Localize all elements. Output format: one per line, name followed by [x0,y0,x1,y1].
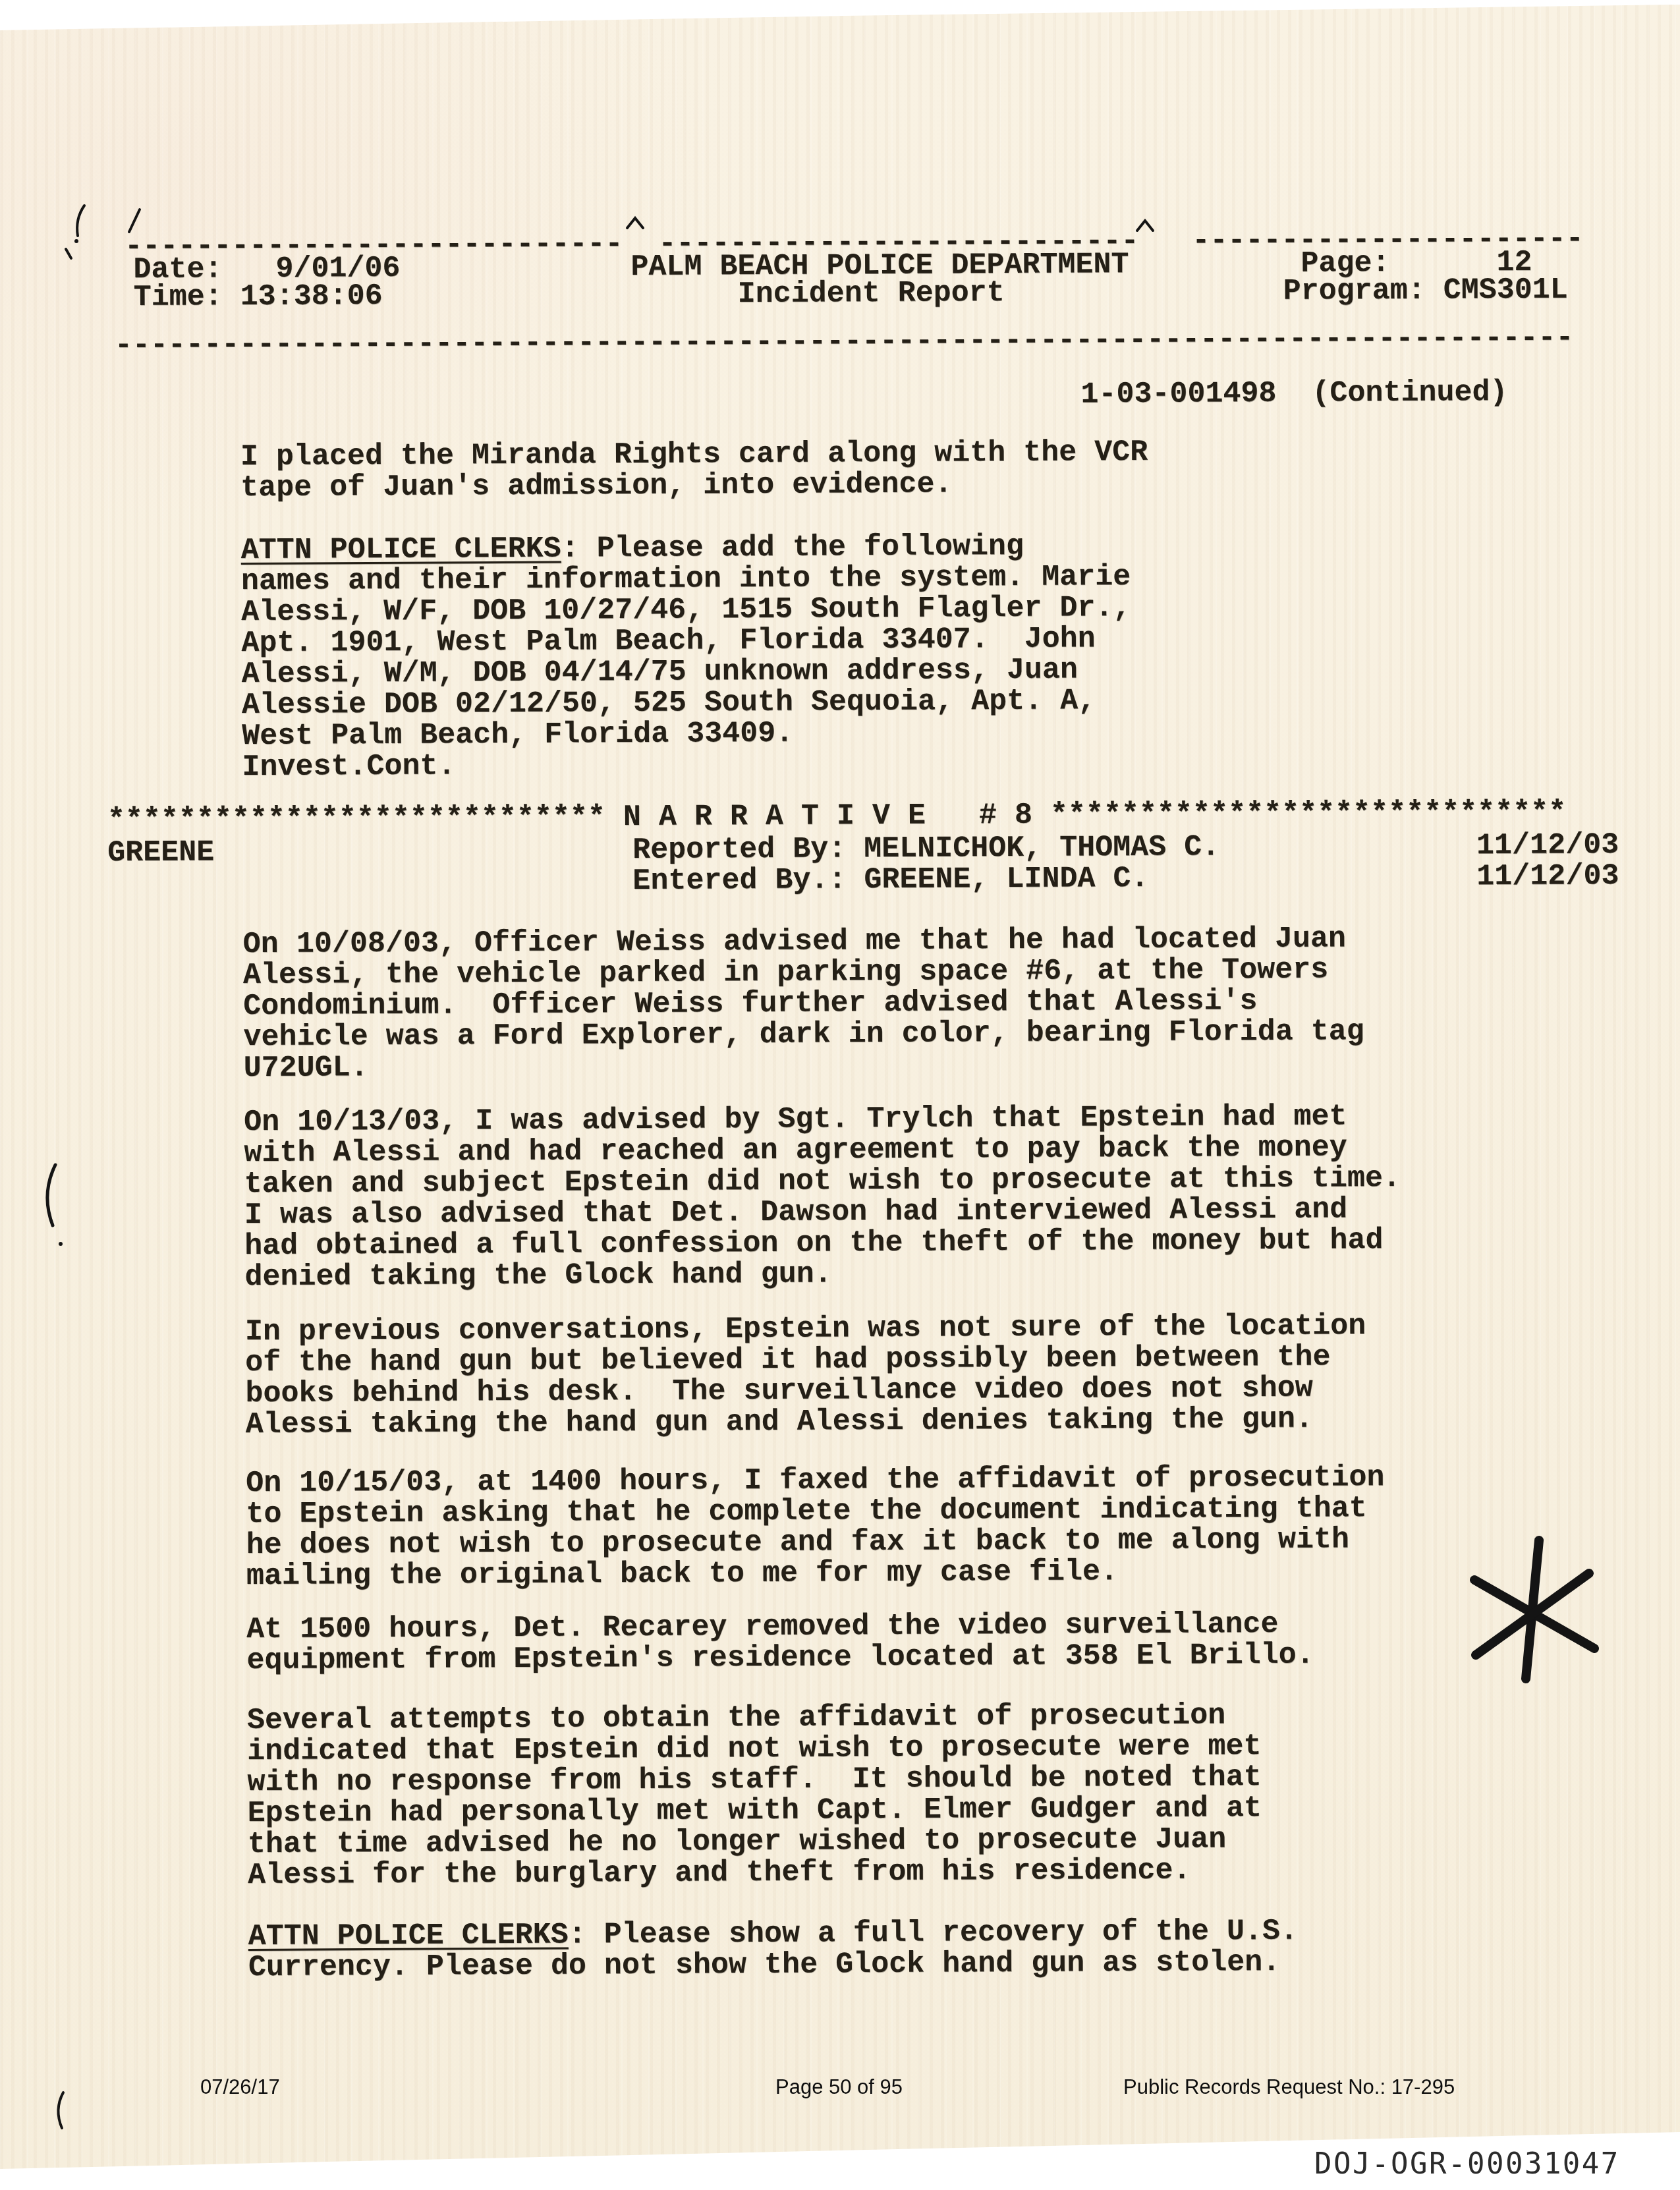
header-page-program: Page: 12 Program: CMS301L [1283,249,1568,306]
footer-page-info: Page 50 of 95 [775,2075,903,2099]
paragraph-vehicle-located: On 10/08/03, Officer Weiss advised me th… [243,923,1364,1084]
entered-by-line: Entered By.: GREENE, LINDA C. [632,863,1148,897]
paragraph-equipment-removed: At 1500 hours, Det. Recarey removed the … [246,1609,1314,1676]
reported-by-line: Reported By: MELNICHOK, THOMAS C. [632,831,1219,866]
narrative-stars-header: **************************** N A R R A T… [107,797,1567,836]
attn-clerks-label-2: ATTN POLICE CLERKS [248,1919,569,1954]
attn-clerks-label: ATTN POLICE CLERKS [241,532,561,568]
paragraph-no-response: Several attempts to obtain the affidavit… [247,1700,1262,1891]
header-date-time: Date: 9/01/06 Time: 13:38:06 [133,255,401,312]
typewritten-layer: ---------------------------- -----------… [0,0,1680,2190]
footer-print-date: 07/26/17 [200,2075,280,2099]
case-number-line: 1-03-001498 (Continued) [1080,377,1507,410]
paragraph-affidavit-fax: On 10/15/03, at 1400 hours, I faxed the … [246,1462,1385,1592]
footer-records-request: Public Records Request No.: 17-295 [1123,2075,1455,2099]
dashed-rule-bottom: ----------------------------------------… [115,322,1574,361]
header-title: PALM BEACH POLICE DEPARTMENT Incident Re… [630,251,1129,309]
paragraph-handgun-location: In previous conversations, Epstein was n… [245,1310,1366,1440]
paragraph-miranda: I placed the Miranda Rights card along w… [240,437,1148,503]
scanned-report-page: ---------------------------- -----------… [0,0,1680,2190]
bates-number: DOJ-OGR-00031047 [1314,2148,1620,2181]
narrative-author: GREENE [107,837,214,868]
attn-clerks-body: : Please add the following names and the… [241,530,1131,784]
entered-date: 11/12/03 [1476,860,1619,892]
paragraph-agreement: On 10/13/03, I was advised by Sgt. Trylc… [244,1101,1401,1293]
paragraph-attn-add-names: ATTN POLICE CLERKS: Please add the follo… [241,530,1132,783]
paragraph-attn-recovery: ATTN POLICE CLERKS: Please show a full r… [248,1916,1299,1983]
reported-date: 11/12/03 [1476,829,1619,861]
